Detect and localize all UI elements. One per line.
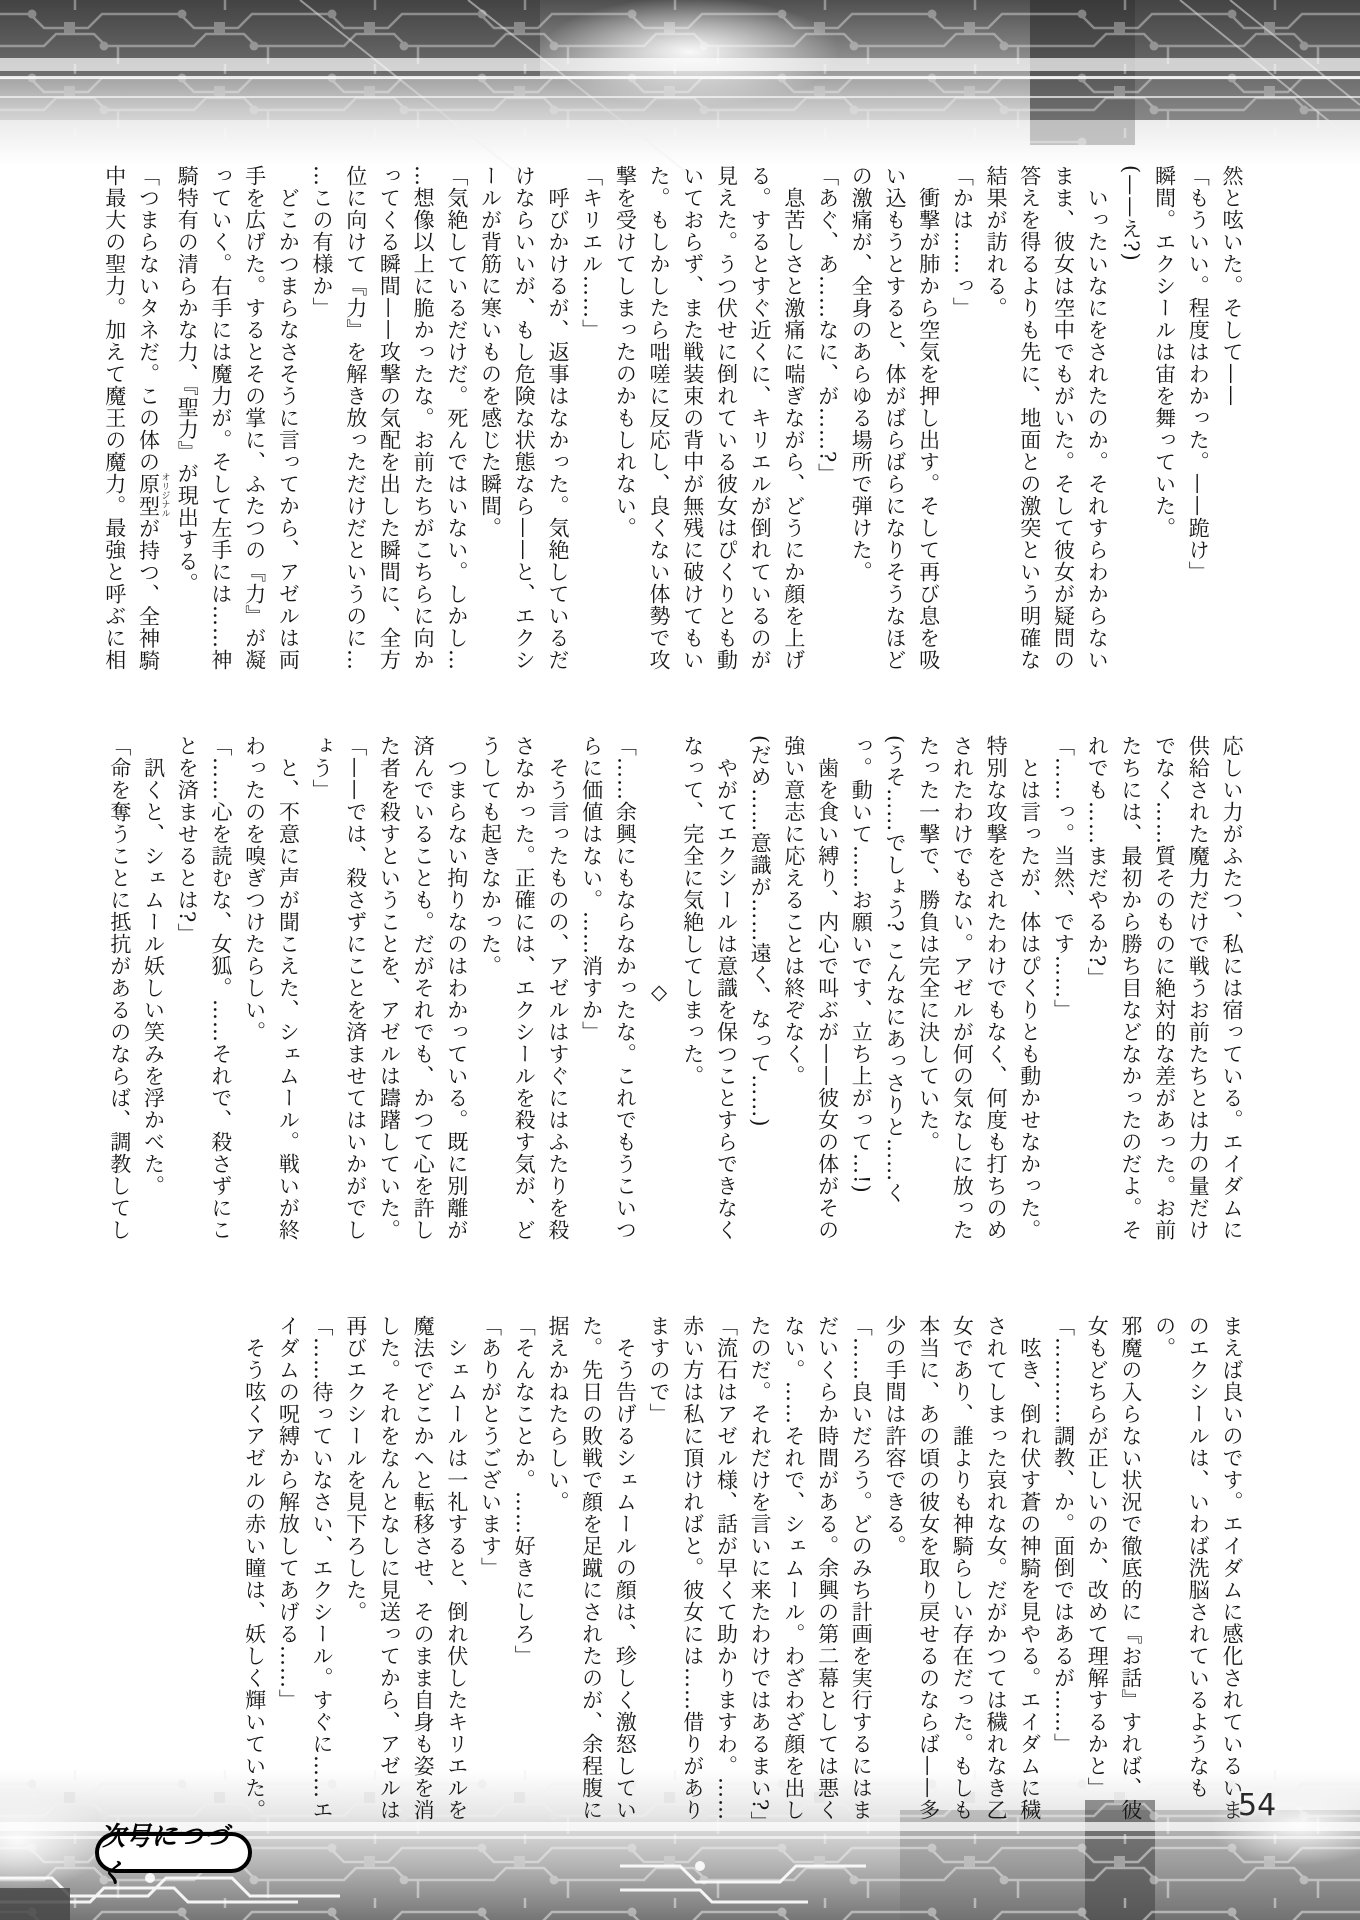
text-column: ない。……それで、シェムール。わざわざ顔を出し: [776, 1315, 810, 1829]
text-column: でなく……質そのものに絶対的な差があった。お前: [1147, 735, 1181, 1249]
text-column: 本当に、あの頃の彼女を取り戻せるのならば——多: [911, 1315, 945, 1829]
text-column: 息苦しさと激痛に喘ぎながら、どうにか顔を上げ: [776, 165, 810, 679]
text-column: そう呟くアゼルの赤い瞳は、妖しく輝いていた。: [237, 1315, 271, 1829]
text-column: 邪魔の入らない状況で徹底的に『お話』すれば、彼: [1113, 1315, 1147, 1829]
text-band-3: まえば良いのです。エイダムに感化されているいまのエクシールは、いわば洗脳されてい…: [268, 1315, 1248, 1829]
text-column: る。するとすぐ近くに、キリエルが倒れているのが: [742, 165, 776, 679]
text-column: 「…………調教、か。面倒ではあるが……」: [1046, 1315, 1080, 1829]
text-column: 「命を奪うことに抵抗があるのならば、調教してし: [102, 735, 136, 1249]
text-column: 見えた。うつ伏せに倒れている彼女はぴくりとも動: [709, 165, 743, 679]
text-column: ◇: [641, 735, 675, 1249]
header-circuit-art: [0, 0, 1360, 180]
text-column: まま、彼女は空中でもがいた。そして彼女が疑問の: [1046, 165, 1080, 679]
text-column: 「流石はアゼル様、話が早くて助かりますわ。……: [709, 1315, 743, 1829]
text-column: 供給された魔力だけで戦うお前たちとは力の量だけ: [1181, 735, 1215, 1249]
text-column: 「——では、殺さずにことを済ませてはいかがでし: [338, 735, 372, 1249]
text-column: シェムールは一礼すると、倒れ伏したキリエルを: [439, 1315, 473, 1829]
text-column: …想像以上に脆かったな。お前たちがこちらに向か: [405, 165, 439, 679]
text-column: 歯を食い縛り、内心で叫ぶが——彼女の体がその: [810, 735, 844, 1249]
text-column: 衝撃が肺から空気を押し出す。そして再び息を吸: [911, 165, 945, 679]
text-column: ますので」: [641, 1315, 675, 1829]
text-column: 瞬間。エクシールは宙を舞っていた。: [1147, 165, 1181, 679]
text-column: した。それをなんとなしに見送ってから、アゼルは: [372, 1315, 406, 1829]
page-number: 54: [1238, 1788, 1276, 1823]
text-column: いておらず、また戦装束の背中が無残に破けてもい: [675, 165, 709, 679]
text-column: イダムの呪縛から解放してあげる……」: [271, 1315, 305, 1829]
text-column: つまらない拘りなのはわかっている。既に別離が: [439, 735, 473, 1249]
text-column: れでも……まだやるか?」: [1079, 735, 1113, 1249]
text-column: 特別な攻撃をされたわけでもなく、何度も打ちのめ: [978, 735, 1012, 1249]
text-column: たった一撃で、勝負は完全に決していた。: [911, 735, 945, 1249]
text-column: 撃を受けてしまったのかもしれない。: [608, 165, 642, 679]
text-column: (——え?): [1113, 165, 1147, 679]
text-column: 呼びかけるが、返事はなかった。気絶しているだ: [540, 165, 574, 679]
text-column: 答えを得るよりも先に、地面との激突という明確な: [1012, 165, 1046, 679]
text-column: 「……心を読むな、女狐。……それで、殺さずにこ: [203, 735, 237, 1249]
novel-page: 然と呟いた。そして——「もういい。程度はわかった。——跪け」瞬間。エクシールは宙…: [0, 0, 1360, 1920]
text-column: たちには、最初から勝ち目などなかったのだよ。そ: [1113, 735, 1147, 1249]
text-column: されたわけでもない。アゼルが何の気なしに放った: [945, 735, 979, 1249]
text-column: 「……っ。当然、です……」: [1046, 735, 1080, 1249]
text-band-1: 然と呟いた。そして——「もういい。程度はわかった。——跪け」瞬間。エクシールは宙…: [98, 165, 1248, 679]
text-column: 「あぐ、あ……なに、が……?」: [810, 165, 844, 679]
text-column: (うそ……でしょう? こんなにあっさりと……く: [877, 735, 911, 1249]
text-column: たのだ。それだけを言いに来たわけではあるまい?」: [742, 1315, 776, 1829]
text-column: 「気絶しているだけだ。死んではいない。しかし…: [439, 165, 473, 679]
text-column: っていく。右手には魔力が。そして左手には……神: [203, 165, 237, 679]
text-column: 少の手間は許容できる。: [877, 1315, 911, 1829]
text-column: 呟き、倒れ伏す蒼の神騎を見やる。エイダムに穢: [1012, 1315, 1046, 1829]
text-column: どこかつまらなさそうに言ってから、アゼルは両: [271, 165, 305, 679]
text-column: さなかった。正確には、エクシールを殺す気が、ど: [507, 735, 541, 1249]
text-column: けならいいが、もし危険な状態なら——と、エクシ: [507, 165, 541, 679]
text-column: 位に向けて『力』を解き放っただけだというのに…: [338, 165, 372, 679]
text-column: ールが背筋に寒いものを感じた瞬間。: [473, 165, 507, 679]
text-column: 「もういい。程度はわかった。——跪け」: [1181, 165, 1215, 679]
text-column: ょう」: [304, 735, 338, 1249]
text-column: 済んでいることも。だがそれでも、かつて心を許し: [405, 735, 439, 1249]
text-column: 魔法でどこかへと転移させ、そのまま自身も姿を消: [405, 1315, 439, 1829]
text-column: 手を広げた。するとその掌に、ふたつの『力』が凝: [237, 165, 271, 679]
text-column: 応しい力がふたつ、私には宿っている。エイダムに: [1214, 735, 1248, 1249]
text-column: やがてエクシールは意識を保つことすらできなく: [709, 735, 743, 1249]
text-column: いったいなにをされたのか。それすらわからない: [1079, 165, 1113, 679]
next-issue-badge: 次号につづく: [95, 1832, 252, 1873]
text-column: 結果が訪れる。: [978, 165, 1012, 679]
text-column: た者を殺すということを、アゼルは躊躇していた。: [372, 735, 406, 1249]
text-column: 訊くと、シェムール妖しい笑みを浮かべた。: [136, 735, 170, 1249]
text-column: 強い意志に応えることは終ぞなく。: [776, 735, 810, 1249]
text-column: なって、完全に気絶してしまった。: [675, 735, 709, 1249]
text-column: 女であり、誰よりも神騎らしい存在だった。もしも: [945, 1315, 979, 1829]
text-column: と、不意に声が聞こえた、シェムール。戦いが終: [271, 735, 305, 1249]
text-column: 据えかねたらしい。: [540, 1315, 574, 1829]
text-column: 「そんなことか。……好きにしろ」: [507, 1315, 541, 1829]
text-column: 中最大の聖力。加えて魔王の魔力。最強と呼ぶに相: [97, 165, 131, 679]
text-column: た。もしかしたら咄嗟に反応し、良くない体勢で攻: [641, 165, 675, 679]
text-column: 「つまらないタネだ。この体の原型オリジナルが持つ、全神騎: [131, 165, 170, 679]
text-column: …この有様か」: [304, 165, 338, 679]
text-column: 赤い方は私に頂ければと。彼女には……借りがあり: [675, 1315, 709, 1829]
text-column: (だめ……意識が……遠く、なって……): [742, 735, 776, 1249]
text-column: のエクシールは、いわば洗脳されているようなもの。: [1147, 1315, 1214, 1829]
text-column: とは言ったが、体はぴくりとも動かせなかった。: [1012, 735, 1046, 1249]
text-column: 「……余興にもならなかったな。これでもうこいつ: [608, 735, 642, 1249]
text-column: ってくる瞬間——攻撃の気配を出した瞬間に、全方: [372, 165, 406, 679]
text-column: わったのを嗅ぎつけたらしい。: [237, 735, 271, 1249]
text-column: まえば良いのです。エイダムに感化されているいま: [1214, 1315, 1248, 1829]
next-issue-label: 次号につづく: [99, 1816, 248, 1890]
text-column: らに価値はない。……消すか」: [574, 735, 608, 1249]
text-column: うしても起きなかった。: [473, 735, 507, 1249]
text-column: 再びエクシールを見下ろした。: [338, 1315, 372, 1829]
text-column: 騎特有の清らかな力、『聖力』が現出する。: [170, 165, 204, 679]
text-column: 「かは……っ」: [945, 165, 979, 679]
text-column: そう告げるシェムールの顔は、珍しく激怒してい: [608, 1315, 642, 1829]
text-column: 「……待っていなさい、エクシール。すぐに……エ: [304, 1315, 338, 1829]
text-column: とを済ませるとは?」: [170, 735, 204, 1249]
text-column: 女もどちらが正しいのか、改めて理解するかと」: [1079, 1315, 1113, 1829]
text-column: の激痛が、全身のあらゆる場所で弾けた。: [844, 165, 878, 679]
text-column: 「ありがとうございます」: [473, 1315, 507, 1829]
text-column: されてしまった哀れな女。だがかつては穢れなき乙: [978, 1315, 1012, 1829]
text-column: っ。動いて……お願いです、立ち上がって…!): [844, 735, 878, 1249]
text-column: そう言ったものの、アゼルはすぐにはふたりを殺: [540, 735, 574, 1249]
text-column: い込もうとすると、体がばらばらになりそうなほど: [877, 165, 911, 679]
text-column: た。先日の敗戦で顔を足蹴にされたのが、余程腹に: [574, 1315, 608, 1829]
text-column: 「……良いだろう。どのみち計画を実行するにはま: [844, 1315, 878, 1829]
text-column: 「キリエル……」: [574, 165, 608, 679]
text-column: だいくらか時間がある。余興の第二幕としては悪く: [810, 1315, 844, 1829]
text-band-2: 応しい力がふたつ、私には宿っている。エイダムに供給された魔力だけで戦うお前たちと…: [98, 735, 1248, 1249]
text-column: 然と呟いた。そして——: [1214, 165, 1248, 679]
